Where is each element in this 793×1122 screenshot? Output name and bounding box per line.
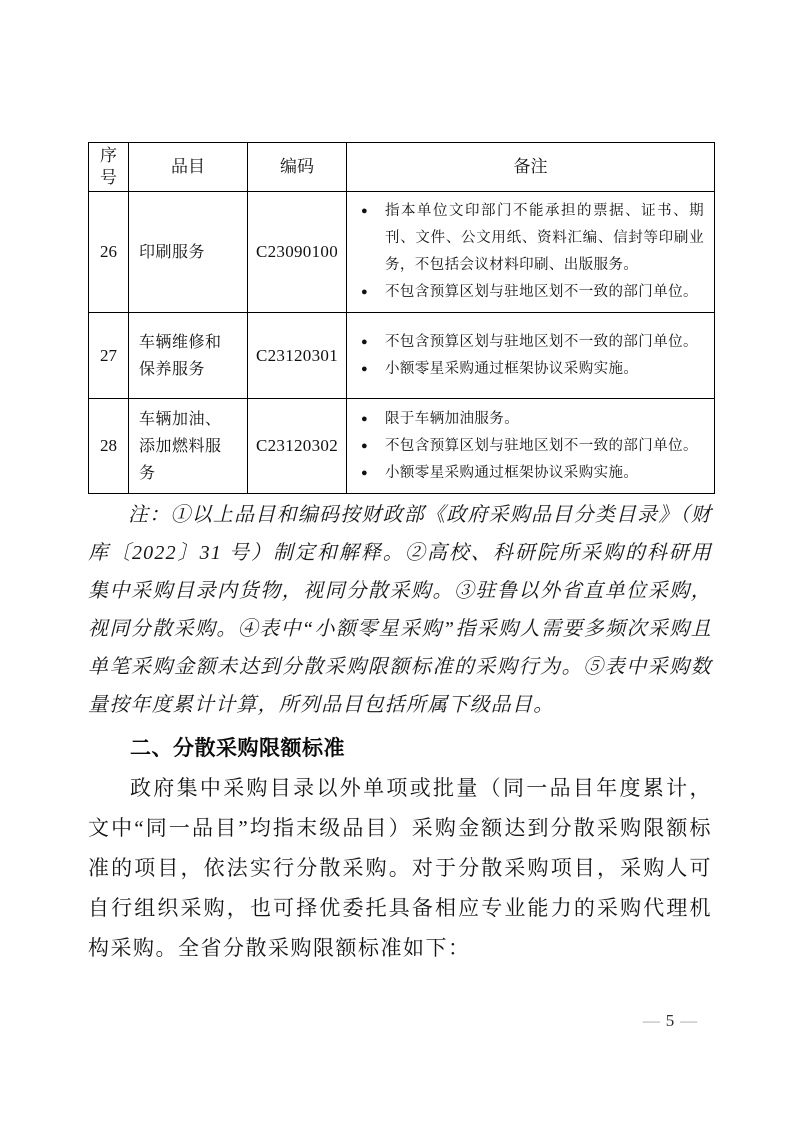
row-remarks-cell: ●不包含预算区划与驻地区划不一致的部门单位。 ●小额零星采购通过框架协议采购实施… bbox=[347, 313, 715, 399]
remark-bullet-item: ●不包含预算区划与驻地区划不一致的部门单位。 bbox=[359, 433, 704, 460]
remark-text: 小额零星采购通过框架协议采购实施。 bbox=[385, 465, 638, 481]
remark-bullet-item: ●指本单位文印部门不能承担的票据、证书、期刊、文件、公文用纸、资料汇编、信封等印… bbox=[359, 198, 704, 279]
footer-right-dash: — bbox=[674, 1011, 703, 1030]
remarks-list: ●指本单位文印部门不能承担的票据、证书、期刊、文件、公文用纸、资料汇编、信封等印… bbox=[359, 198, 704, 306]
row-item-code: C23120302 bbox=[248, 399, 347, 494]
header-code: 编码 bbox=[248, 143, 347, 192]
page-number: 5 bbox=[666, 1011, 675, 1030]
section-body-paragraph: 政府集中采购目录以外单项或批量（同一品目年度累计，文中“同一品目”均指末级品目）… bbox=[88, 768, 712, 968]
remark-text: 不包含预算区划与驻地区划不一致的部门单位。 bbox=[385, 334, 698, 350]
section-heading: 二、分散采购限额标准 bbox=[88, 734, 712, 764]
remark-text: 小额零星采购通过框架协议采购实施。 bbox=[385, 361, 638, 377]
row-item-code: C23120301 bbox=[248, 313, 347, 399]
row-remarks-cell: ●限于车辆加油服务。 ●不包含预算区划与驻地区划不一致的部门单位。 ●小额零星采… bbox=[347, 399, 715, 494]
remark-bullet-item: ●小额零星采购通过框架协议采购实施。 bbox=[359, 356, 704, 383]
row-serial-number: 27 bbox=[89, 313, 129, 399]
table-row: 27 车辆维修和保养服务 C23120301 ●不包含预算区划与驻地区划不一致的… bbox=[89, 313, 715, 399]
footer-left-dash: — bbox=[637, 1011, 666, 1030]
bullet-icon: ● bbox=[361, 356, 368, 383]
bullet-icon: ● bbox=[361, 460, 368, 487]
remarks-list: ●不包含预算区划与驻地区划不一致的部门单位。 ●小额零星采购通过框架协议采购实施… bbox=[359, 329, 704, 383]
remark-text: 限于车辆加油服务。 bbox=[385, 411, 519, 427]
remark-bullet-item: ●小额零星采购通过框架协议采购实施。 bbox=[359, 460, 704, 487]
row-serial-number: 26 bbox=[89, 192, 129, 313]
remark-bullet-item: ●限于车辆加油服务。 bbox=[359, 406, 704, 433]
header-serial-number: 序号 bbox=[89, 143, 129, 192]
row-remarks-cell: ●指本单位文印部门不能承担的票据、证书、期刊、文件、公文用纸、资料汇编、信封等印… bbox=[347, 192, 715, 313]
remarks-list: ●限于车辆加油服务。 ●不包含预算区划与驻地区划不一致的部门单位。 ●小额零星采… bbox=[359, 406, 704, 487]
bullet-icon: ● bbox=[361, 329, 368, 356]
table-row: 26 印刷服务 C23090100 ●指本单位文印部门不能承担的票据、证书、期刊… bbox=[89, 192, 715, 313]
header-item: 品目 bbox=[129, 143, 248, 192]
row-item-code: C23090100 bbox=[248, 192, 347, 313]
row-serial-number: 28 bbox=[89, 399, 129, 494]
remark-bullet-item: ●不包含预算区划与驻地区划不一致的部门单位。 bbox=[359, 329, 704, 356]
bullet-icon: ● bbox=[361, 198, 368, 225]
remark-text: 指本单位文印部门不能承担的票据、证书、期刊、文件、公文用纸、资料汇编、信封等印刷… bbox=[385, 203, 704, 273]
header-remarks: 备注 bbox=[347, 143, 715, 192]
bullet-icon: ● bbox=[361, 406, 368, 433]
remark-text: 不包含预算区划与驻地区划不一致的部门单位。 bbox=[385, 284, 698, 300]
bullet-icon: ● bbox=[361, 433, 368, 460]
table-notes-paragraph: 注：①以上品目和编码按财政部《政府采购品目分类目录》（财库〔2022〕31 号）… bbox=[88, 496, 712, 724]
bullet-icon: ● bbox=[361, 279, 368, 306]
row-item-name: 印刷服务 bbox=[129, 192, 248, 313]
table-header-row: 序号 品目 编码 备注 bbox=[89, 143, 715, 192]
procurement-catalog-table: 序号 品目 编码 备注 26 印刷服务 C23090100 ●指本单位文印部门不… bbox=[88, 142, 715, 494]
document-page: 序号 品目 编码 备注 26 印刷服务 C23090100 ●指本单位文印部门不… bbox=[0, 0, 793, 1122]
row-item-name: 车辆加油、添加燃料服务 bbox=[129, 399, 248, 494]
page-number-footer: —5— bbox=[620, 1008, 720, 1034]
row-item-name: 车辆维修和保养服务 bbox=[129, 313, 248, 399]
remark-bullet-item: ●不包含预算区划与驻地区划不一致的部门单位。 bbox=[359, 279, 704, 306]
remark-text: 不包含预算区划与驻地区划不一致的部门单位。 bbox=[385, 438, 698, 454]
table-row: 28 车辆加油、添加燃料服务 C23120302 ●限于车辆加油服务。 ●不包含… bbox=[89, 399, 715, 494]
